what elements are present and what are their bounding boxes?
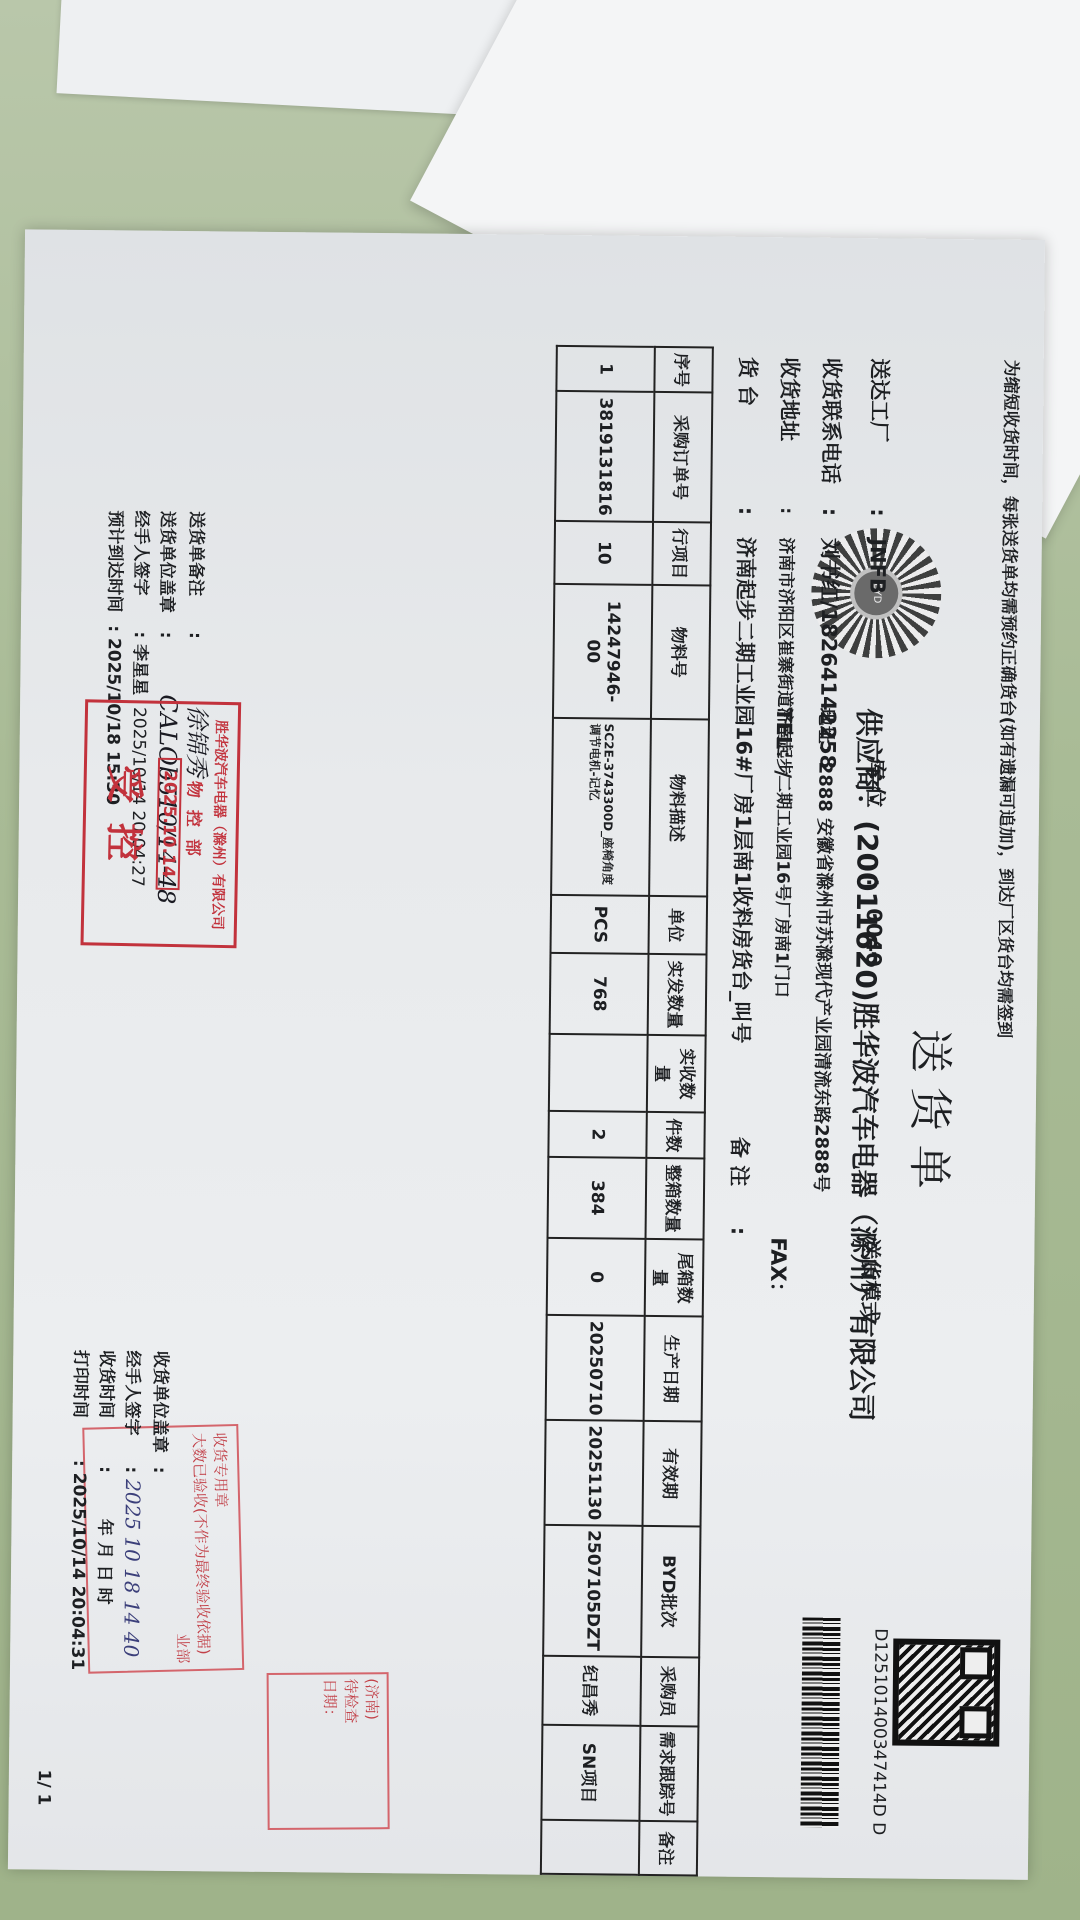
barcode-icon [800,1618,840,1828]
table-cell: SN项目 [541,1725,640,1821]
stamp-dept: 物控部 [181,704,211,944]
table-cell: 14247946-00 [553,584,652,719]
table-cell: 2 [548,1111,646,1157]
bin-label: 库 位 [860,758,891,878]
info-mode: 送货模式: [855,1238,887,1388]
receiver-handler-label: 经手人签字 [118,1350,145,1460]
receiver-section: 收货单位盖章 : 经手人签字 : 2025 10 18 14 40 收货时间 :… [64,1350,173,1671]
column-header: 物料描述 [649,719,709,897]
contact-label: 收货联系电话 [816,358,848,508]
page-number: 1/ 1 [34,1769,54,1805]
column-header: 备注 [639,1821,698,1875]
supplier-fax: FAX： [764,1237,795,1303]
document-title: 送货单 [901,1029,967,1204]
sender-stamp-label: 送货单位盖章 [153,511,180,626]
column-header: 生产日期 [644,1316,703,1421]
info-bin: 库 位:0040 [859,758,891,967]
items-table: 序号采购订单号行项目物料号物料描述单位实发数量实收数量件数整箱数量尾箱数量生产日… [540,345,714,1877]
sender-control-stamp: 胜华波汽车电器（滁州）有限公司 物控部 2025.10.14 受控 [80,699,241,948]
column-header: 单位 [649,896,708,954]
column-header: 序号 [654,347,712,393]
delivery-note-photo: 为缩短收货时间，每张送货单均需预约正确货台(如有遗漏可追加)，到达厂区货台均需签… [8,229,1045,1880]
address-label: 收货地址 [774,357,806,507]
column-header: BYD批次 [641,1526,700,1657]
mode-label: 送货模式 [855,1238,886,1358]
contact-value: 刘书红/18264142258 [815,538,841,770]
delivery-note: 为缩短收货时间，每张送货单均需预约正确货台(如有遗漏可追加)，到达厂区货台均需签… [8,229,1045,1880]
column-header: 实发数量 [648,954,707,1036]
document-number: D125101400347414D D [868,1628,890,1835]
table-cell: 20250710 [546,1315,645,1421]
table-cell: SC2E-3743300D_座椅角度调节电机-记忆 [551,718,651,896]
plant-value: JNFB [865,538,890,594]
table-cell: 1 [556,346,654,392]
receive-time-value: 年 月 日 时 [94,1519,115,1605]
bin-value: 0040 [861,908,886,967]
column-header: 需求跟踪号 [639,1726,698,1822]
table-cell: PCS [551,895,650,954]
table-cell: 10 [554,521,653,585]
supplier-address: 地址：2888 安徽省滁州市苏滁现代产业园清流东路2888号 [809,708,840,1193]
stamp-company: 胜华波汽车电器（滁州）有限公司 [208,705,233,945]
print-time-label: 打印时间 [66,1350,93,1460]
remark-label: 备 注 [725,1137,756,1227]
column-header: 采购订单号 [653,392,712,522]
receive-time-label: 收货时间 [92,1350,119,1460]
table-cell: 3819131816 [555,391,654,522]
column-header: 有效期 [643,1421,702,1526]
plant-label: 送达工厂 [864,358,896,508]
info-contact: 收货联系电话:刘书红/18264142258 [813,358,847,770]
column-header: 整箱数量 [646,1158,705,1240]
info-remark: 备 注: [724,1137,755,1257]
notice-text: 为缩短收货时间，每张送货单均需预约正确货台(如有遗漏可追加)，到达厂区货台均需签… [988,360,1022,1500]
sender-handler-name: 李星星 [129,644,150,695]
column-header: 行项目 [652,522,711,585]
table-cell [541,1820,640,1875]
sender-remark-label: 送货单备注 [182,511,209,626]
table-cell: 384 [548,1157,647,1239]
table-cell: 纪昌秀 [542,1655,641,1725]
table-cell: 2507105DZT [543,1525,642,1657]
column-header: 实收数量 [647,1035,706,1113]
document-qr-code-icon [892,1638,1000,1746]
inspection-stamp-text: (济南) 待检查 [341,1678,384,1823]
receive-time-handwritten: 2025 10 18 14 40 [119,1479,145,1657]
table-cell: 768 [550,953,649,1035]
info-dock: 货 台:济南起步二期工业园16#厂房1层南1收料房货台_叫号 [727,357,764,1044]
inspection-stamp: (济南) 待检查 日期： [267,1672,390,1830]
stamp-date: 2025.10.14 [156,758,183,890]
column-header: 尾箱数量 [645,1239,704,1317]
table-cell: 20251130 [545,1420,644,1526]
info-address: 收货地址:济南市济阳区崔寨街道济南起步二期工业园16号厂房南1门口 [769,357,806,998]
dock-label: 货 台 [732,357,764,507]
column-header: 物料号 [651,585,710,720]
address-value: 济南市济阳区崔寨街道济南起步二期工业园16号厂房南1门口 [771,537,796,998]
sender-handler-label: 经手人签字 [127,510,154,625]
table-row: 138191318161014247946-00SC2E-3743300D_座椅… [541,346,655,1875]
info-plant: 送达工厂:JNFB [863,358,895,594]
table-cell: 0 [547,1238,646,1317]
dock-value: 济南起步二期工业园16#厂房1层南1收料房货台_叫号 [729,537,758,1044]
eta-label: 预计到达时间 [101,510,128,625]
inspection-stamp-label: 日期： [320,1678,342,1823]
print-time-value: 2025/10/14 20:04:31 [67,1473,89,1671]
stamp-controlled: 受控 [98,703,158,944]
table-cell [549,1034,648,1113]
column-header: 件数 [646,1112,704,1158]
column-header: 采购员 [640,1656,699,1726]
receiver-stamp-label: 收货单位盖章 [146,1351,173,1461]
